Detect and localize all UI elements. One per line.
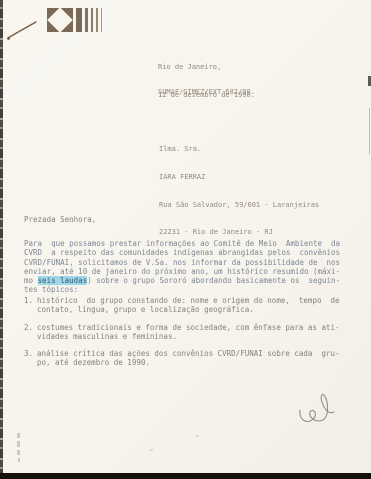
cvrd-logo-square <box>47 8 73 32</box>
scan-speck <box>17 450 20 455</box>
salutation: Prezada Senhora, <box>24 215 96 224</box>
scan-bottom-edge <box>0 473 371 479</box>
reference-number: SUMAF/GIMEZ/EXT-682/90. <box>158 88 255 97</box>
item-text: costumes tradicionais e forma de socieda… <box>37 323 340 342</box>
body-paragraph: Para que possamos prestar informações ao… <box>24 239 340 295</box>
scan-speck <box>17 433 20 438</box>
addressee-name: IARA FERRAZ <box>159 173 319 182</box>
scan-right-faint-line <box>369 108 370 154</box>
cvrd-logo-bar <box>85 8 88 32</box>
date-block: Rio de Janeiro, 12 de dezembro de 1990. <box>158 45 255 109</box>
scan-speck <box>150 449 153 451</box>
item-text: histórico do grupo constando de: nome e … <box>37 296 340 315</box>
signature-scribble-icon <box>294 390 344 430</box>
pen-mark-icon <box>5 18 41 43</box>
addressee-street: Rua São Salvador, 59/601 - Laranjeiras <box>159 201 319 210</box>
scan-left-torn-edge <box>0 0 3 479</box>
addressee-block: Ilma. Sra. IARA FERRAZ Rua São Salvador,… <box>159 127 319 247</box>
cvrd-logo-bar <box>91 8 93 32</box>
item-text: análise crítica das ações dos convênios … <box>37 349 340 368</box>
item-number: 3. <box>24 349 37 368</box>
scan-speck <box>196 435 199 437</box>
list-item-1: 1. histórico do grupo constando de: nome… <box>24 296 340 315</box>
highlighted-text: seis laudas <box>38 276 88 285</box>
cvrd-logo-bar <box>96 8 98 32</box>
item-number: 1. <box>24 296 37 315</box>
cvrd-logo-bar <box>76 8 82 32</box>
cvrd-logo-bar <box>101 8 102 32</box>
cvrd-logo-diamond-icon <box>47 8 72 32</box>
list-item-3: 3. análise crítica das ações dos convêni… <box>24 349 340 368</box>
scan-speck <box>17 441 20 447</box>
scanned-letter-page: { "letter": { "logo": {"icon": "cvrd-log… <box>0 0 371 479</box>
city-line: Rio de Janeiro, <box>158 63 255 72</box>
cvrd-logo <box>47 8 102 32</box>
item-number: 2. <box>24 323 37 342</box>
addressee-honorific: Ilma. Sra. <box>159 145 319 154</box>
addressee-city: 22231 - Rio de Janeiro - RJ <box>159 228 319 237</box>
list-item-2: 2. costumes tradicionais e forma de soci… <box>24 323 340 342</box>
scan-speck <box>18 458 20 462</box>
